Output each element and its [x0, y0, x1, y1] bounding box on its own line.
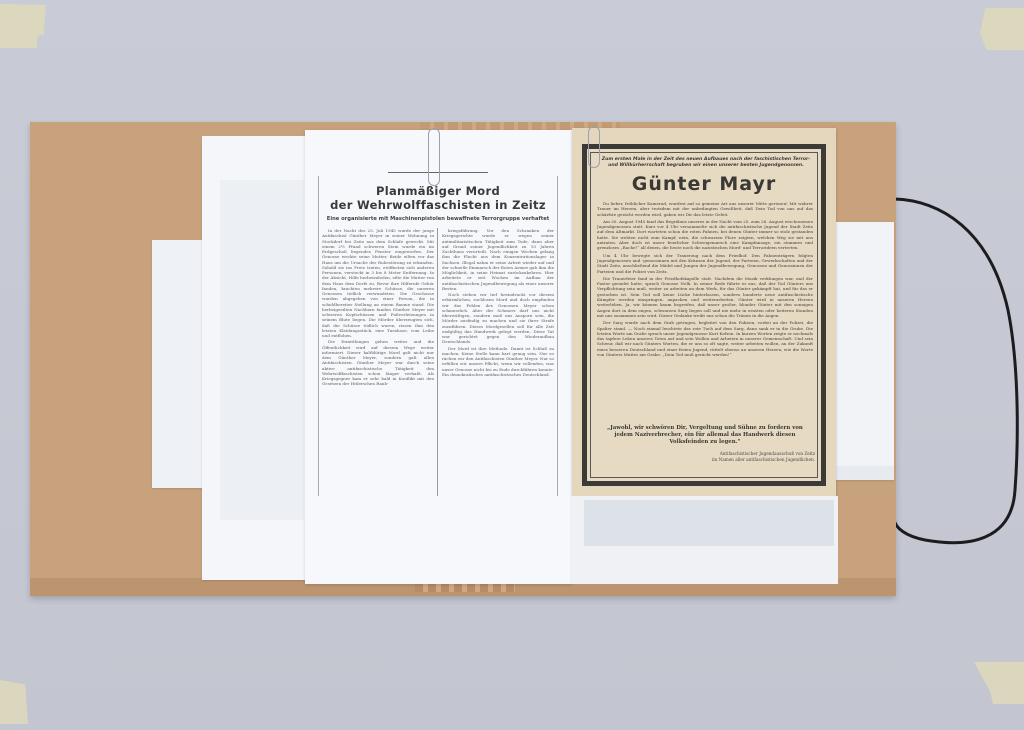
article-paragraph: Noch stehen wir tief beeindruckt vor die… [442, 292, 554, 345]
column-divider [437, 228, 438, 496]
loose-sheet-left [152, 240, 208, 488]
article-paragraph: kriegsführung. Vor den Schranken der Kri… [442, 228, 554, 291]
clipping-border-right [557, 176, 558, 496]
paperclip-icon [588, 126, 600, 168]
obituary-clipping: Zum ersten Male in der Zeit des neuen Au… [582, 144, 826, 486]
clipping-border-left [318, 176, 319, 496]
newspaper-clipping-murder-report: Planmäßiger Mord der Wehrwolffaschisten … [318, 172, 558, 502]
obituary-paragraph: Am 30. August 1945 fand das Begräbnis un… [597, 219, 813, 251]
obituary-paragraph: Der Sarg wurde nach dem Grab getragen, b… [597, 320, 813, 357]
article-paragraph: Der Mord ist ihre Methode. Damit ist Sch… [442, 346, 554, 378]
article-headline: Planmäßiger Mord der Wehrwolffaschisten … [318, 184, 558, 212]
obituary-oath: „Jawohl, wir schwören Dir, Vergeltung un… [599, 425, 811, 446]
folder-closure-cord [880, 190, 1020, 560]
obituary-paragraph: Du lieber, fröhlicher Kamerad, wurdest a… [597, 201, 813, 217]
paperclip-icon [428, 128, 440, 186]
masking-tape-bottom-right [974, 662, 1024, 704]
obituary-signature: Antifaschistischer Jugendausschuß von Ze… [697, 451, 815, 462]
article-paragraph: In der Nacht des 25. Juli 1945 wurde der… [322, 228, 434, 338]
masking-tape-top-right [980, 8, 1024, 50]
masking-tape-top-left [0, 4, 46, 48]
masking-tape-bottom-left [0, 680, 28, 724]
obituary-name: Günter Mayr [587, 173, 821, 195]
article-column-2: kriegsführung. Vor den Schranken der Kri… [442, 228, 554, 498]
article-subheadline: Eine organisierte mit Maschinenpistolen … [322, 216, 554, 222]
article-column-1: In der Nacht des 25. Juli 1945 wurde der… [322, 228, 434, 498]
obituary-paragraph: Um 4 Uhr bewegte sich der Trauerzug nach… [597, 253, 813, 274]
obituary-intro: Zum ersten Male in der Zeit des neuen Au… [597, 157, 815, 169]
loose-sheet-right [836, 222, 894, 480]
obituary-paragraph: Die Trauerfeier fand in der Friedhofskap… [597, 276, 813, 318]
protective-sleeve-inner [220, 180, 304, 520]
loose-sheet-right-edge [836, 466, 894, 480]
protective-sleeve-bottom-inner [584, 500, 834, 546]
article-paragraph: Die Ermittlungen gehen weiter und die Öf… [322, 339, 434, 386]
signature-line-1: Antifaschistischer Jugendausschuß von Ze… [697, 451, 815, 457]
headline-line-2: der Wehrwolffaschisten in Zeitz [318, 198, 558, 212]
signature-line-2: im Namen aller antifaschistischen Jugend… [697, 457, 815, 463]
headline-line-1: Planmäßiger Mord [318, 184, 558, 198]
obituary-body: Du lieber, fröhlicher Kamerad, wurdest a… [597, 201, 813, 419]
